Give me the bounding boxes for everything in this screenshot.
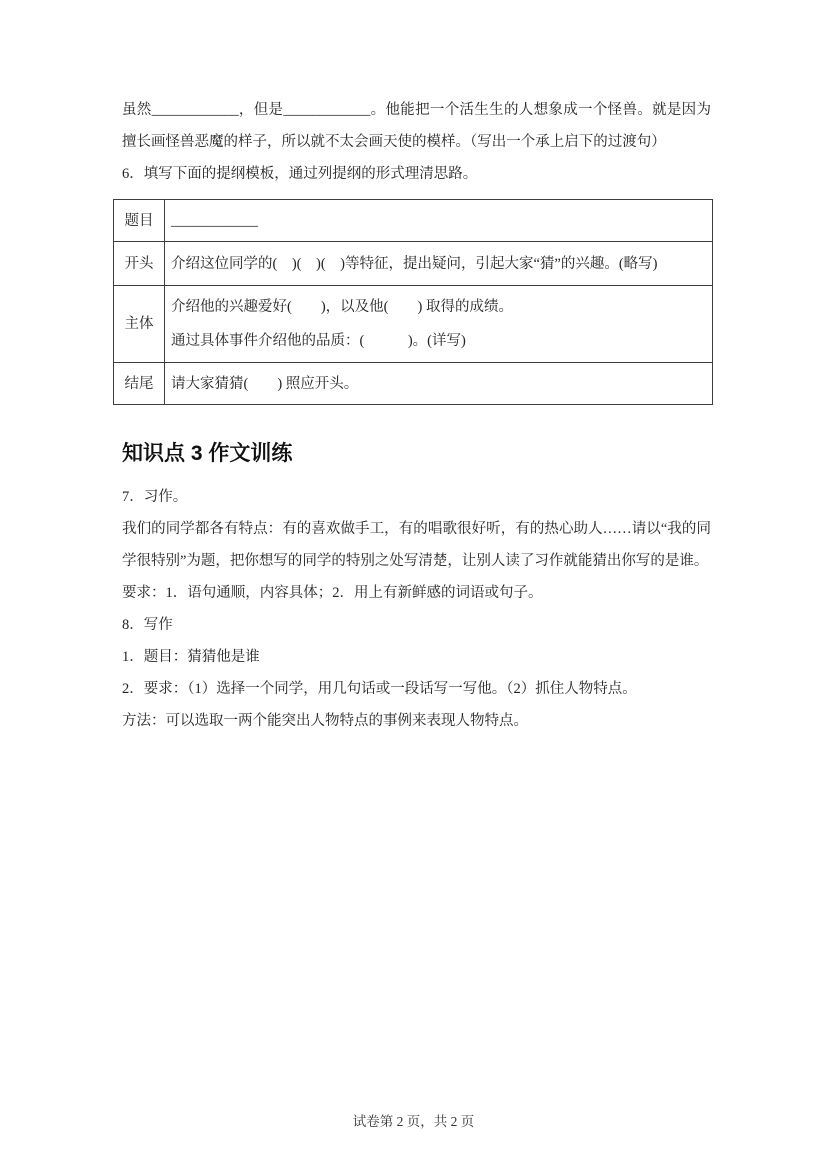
table-row-kaitou: 开头 介绍这位同学的( )( )( )等特征，提出疑问，引起大家“猜”的兴趣。(… (114, 242, 713, 286)
title-blank-line: ____________ (171, 213, 258, 229)
section-heading: 知识点 3 作文训练 (122, 439, 711, 469)
question8-title-line: 1．题目：猜猜他是谁 (122, 641, 711, 673)
row-label-zhuti: 主体 (114, 286, 165, 363)
page-content: 虽然____________，但是____________。他能把一个活生生的人… (122, 94, 711, 737)
row-cell-zhuti: 介绍他的兴趣爱好( )，以及他( ) 取得的成绩。 通过具体事件介绍他的品质：(… (165, 286, 713, 363)
row-cell-jiewei: 请大家猜猜( ) 照应开头。 (165, 363, 713, 405)
cell-line: 介绍他的兴趣爱好( )，以及他( ) 取得的成绩。 (171, 290, 704, 324)
table-row-jiewei: 结尾 请大家猜猜( ) 照应开头。 (114, 363, 713, 405)
row-cell-kaitou: 介绍这位同学的( )( )( )等特征，提出疑问，引起大家“猜”的兴趣。(略写) (165, 242, 713, 286)
row-cell-timu: ____________ (165, 200, 713, 242)
cell-line: 请大家猜猜( ) 照应开头。 (171, 367, 704, 401)
question7-body: 我们的同学都各有特点：有的喜欢做手工，有的唱歌很好听，有的热心助人……请以“我的… (122, 513, 711, 577)
row-label-timu: 题目 (114, 200, 165, 242)
row-label-kaitou: 开头 (114, 242, 165, 286)
question8-number: 8．写作 (122, 609, 711, 641)
intro-paragraph: 虽然____________，但是____________。他能把一个活生生的人… (122, 94, 711, 158)
page-footer: 试卷第 2 页，共 2 页 (0, 1112, 827, 1132)
table-row-timu: 题目 ____________ (114, 200, 713, 242)
cell-line: 通过具体事件介绍他的品质：( )。(详写) (171, 324, 704, 358)
row-label-jiewei: 结尾 (114, 363, 165, 405)
question7-number: 7．习作。 (122, 481, 711, 513)
question6-prompt: 6．填写下面的提纲模板，通过列提纲的形式理清思路。 (122, 158, 711, 190)
outline-table: 题目 ____________ 开头 介绍这位同学的( )( )( )等特征，提… (113, 199, 713, 405)
table-row-zhuti: 主体 介绍他的兴趣爱好( )，以及他( ) 取得的成绩。 通过具体事件介绍他的品… (114, 286, 713, 363)
question8-requirement-line: 2．要求：（1）选择一个同学，用几句话或一段话写一写他。（2）抓住人物特点。 (122, 673, 711, 705)
cell-line: 介绍这位同学的( )( )( )等特征，提出疑问，引起大家“猜”的兴趣。(略写) (171, 247, 704, 281)
question8-method-line: 方法：可以选取一两个能突出人物特点的事例来表现人物特点。 (122, 705, 711, 737)
question7-requirements: 要求：1．语句通顺，内容具体；2．用上有新鲜感的词语或句子。 (122, 577, 711, 609)
